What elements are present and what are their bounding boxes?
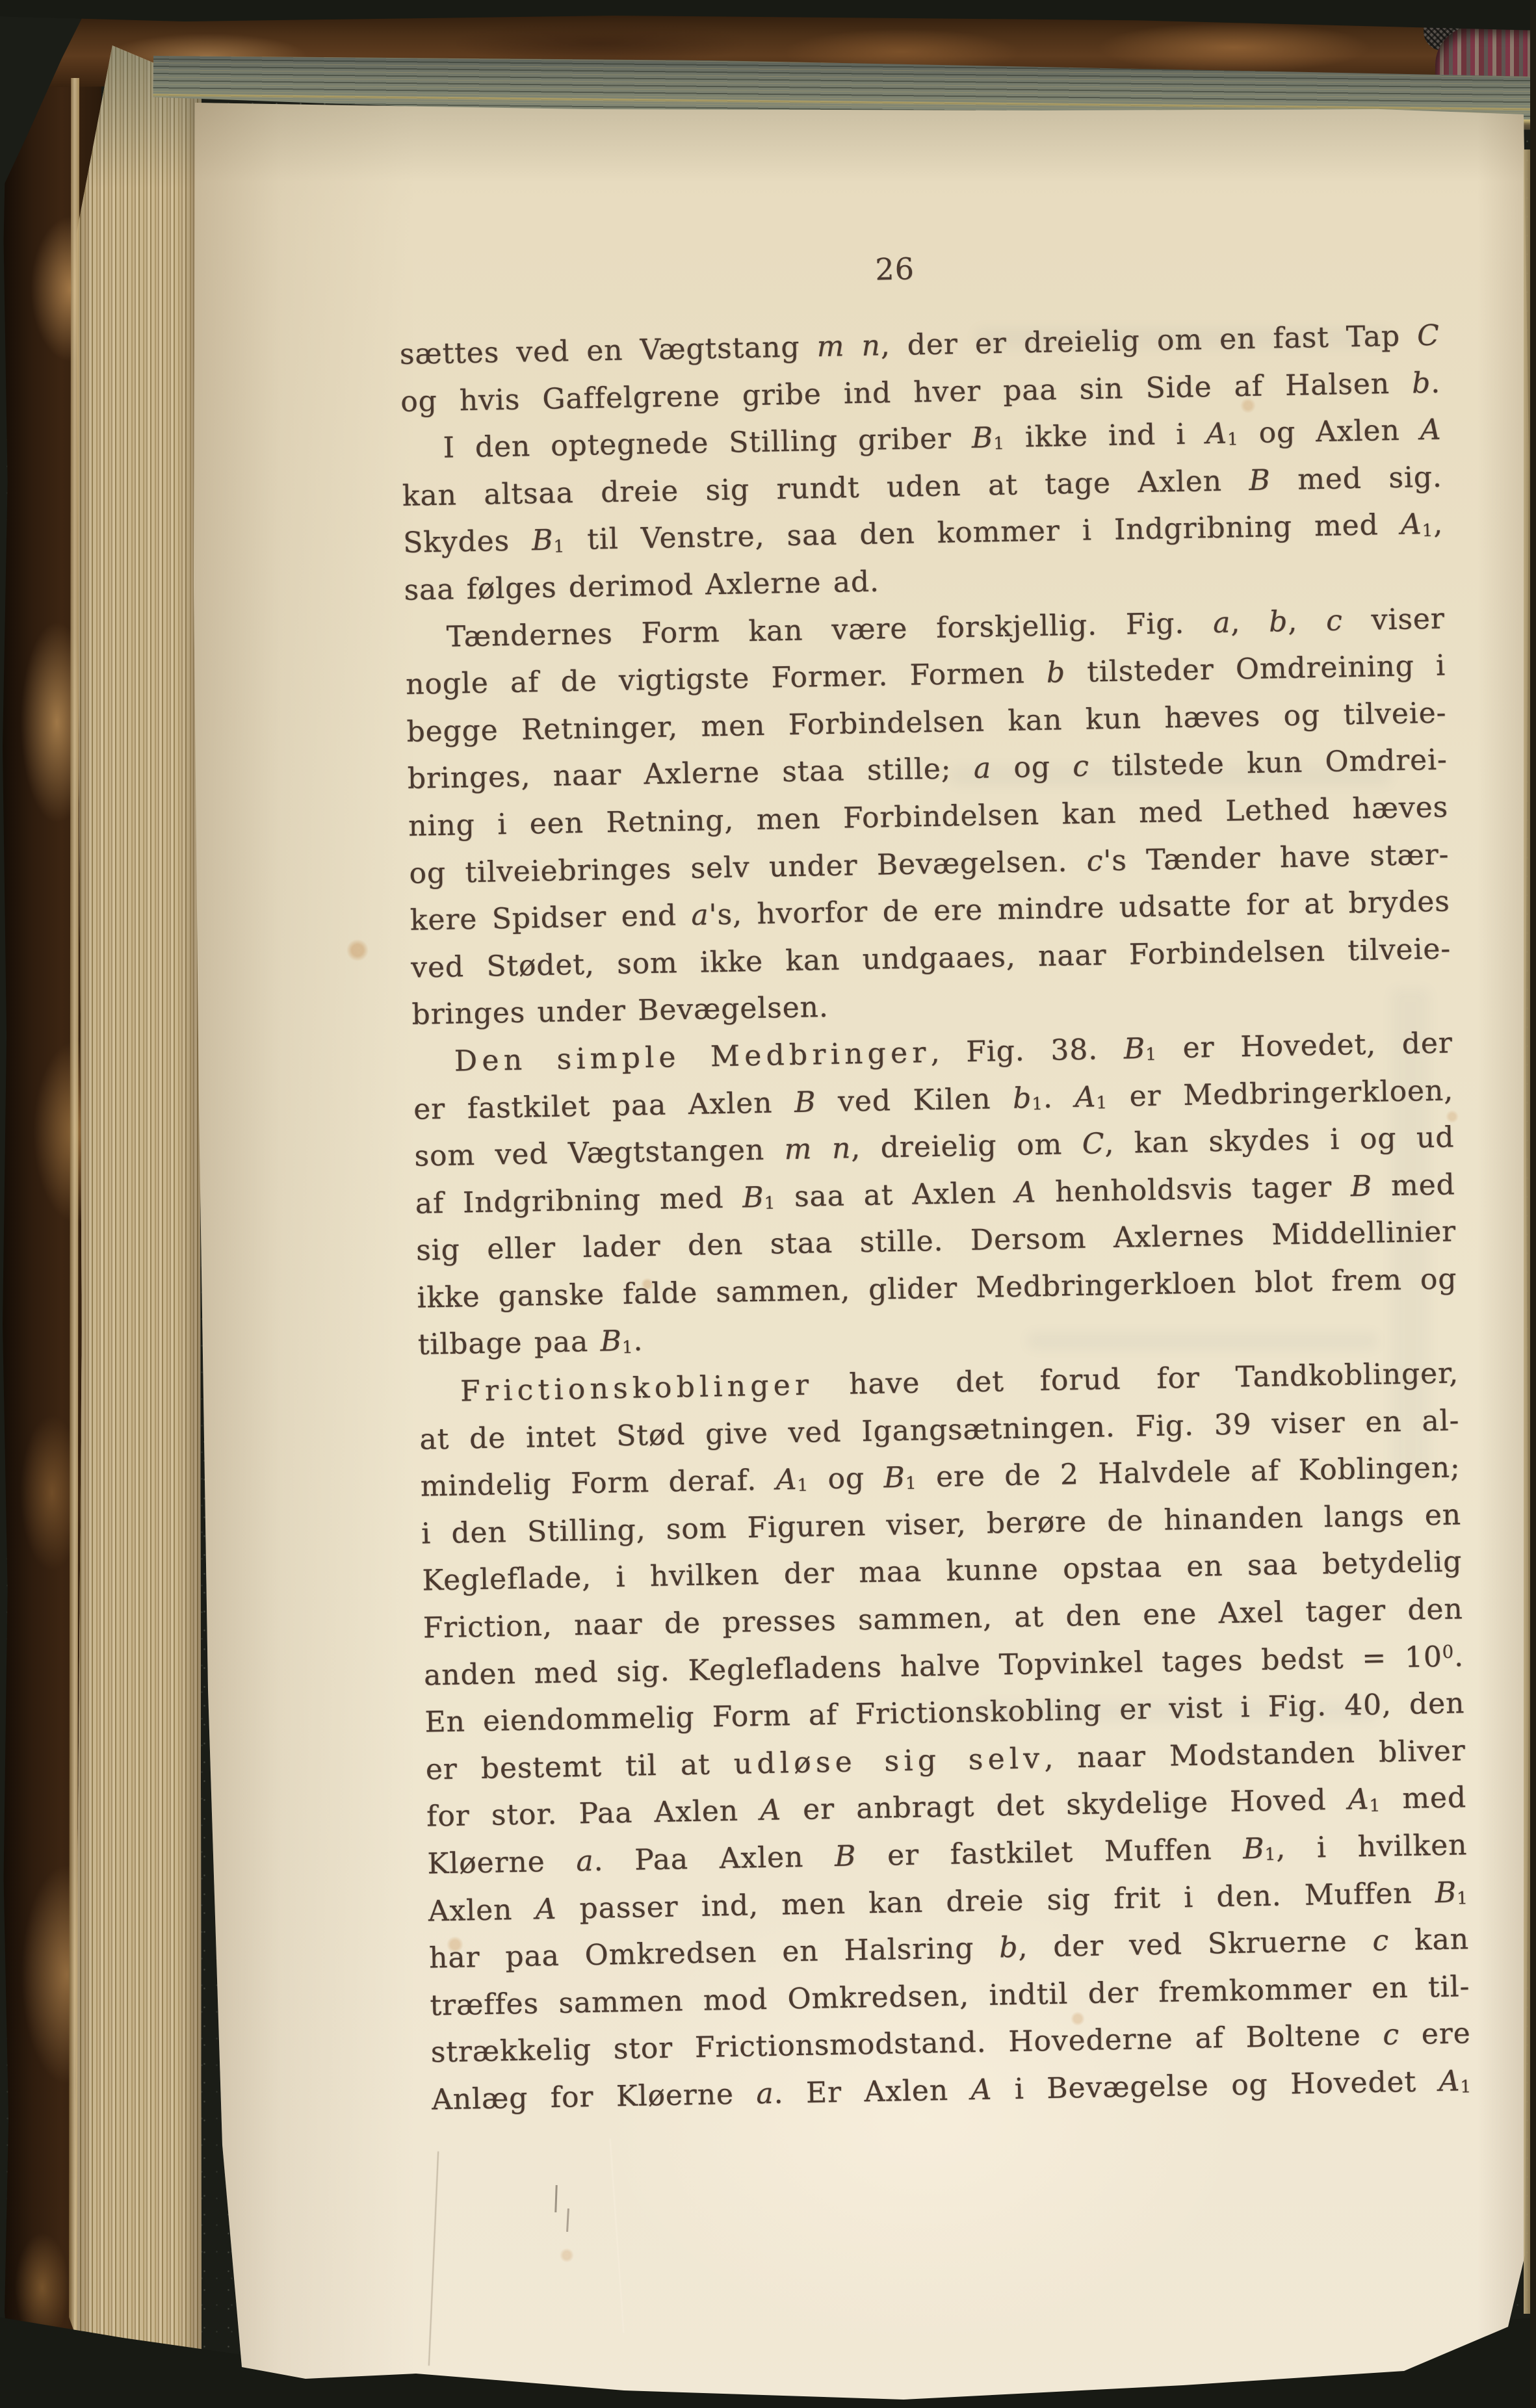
book-scan-photo: 26 sættes ved en Vægtstang m n, der er d… [0, 0, 1536, 2408]
text-lines: sættes ved en Vægtstang m n, der er drei… [399, 313, 1472, 2124]
text-block: 26 sættes ved en Vægtstang m n, der er d… [398, 237, 1472, 2124]
background-strip-right [1530, 0, 1536, 2408]
page-fore-edges [74, 45, 202, 2385]
